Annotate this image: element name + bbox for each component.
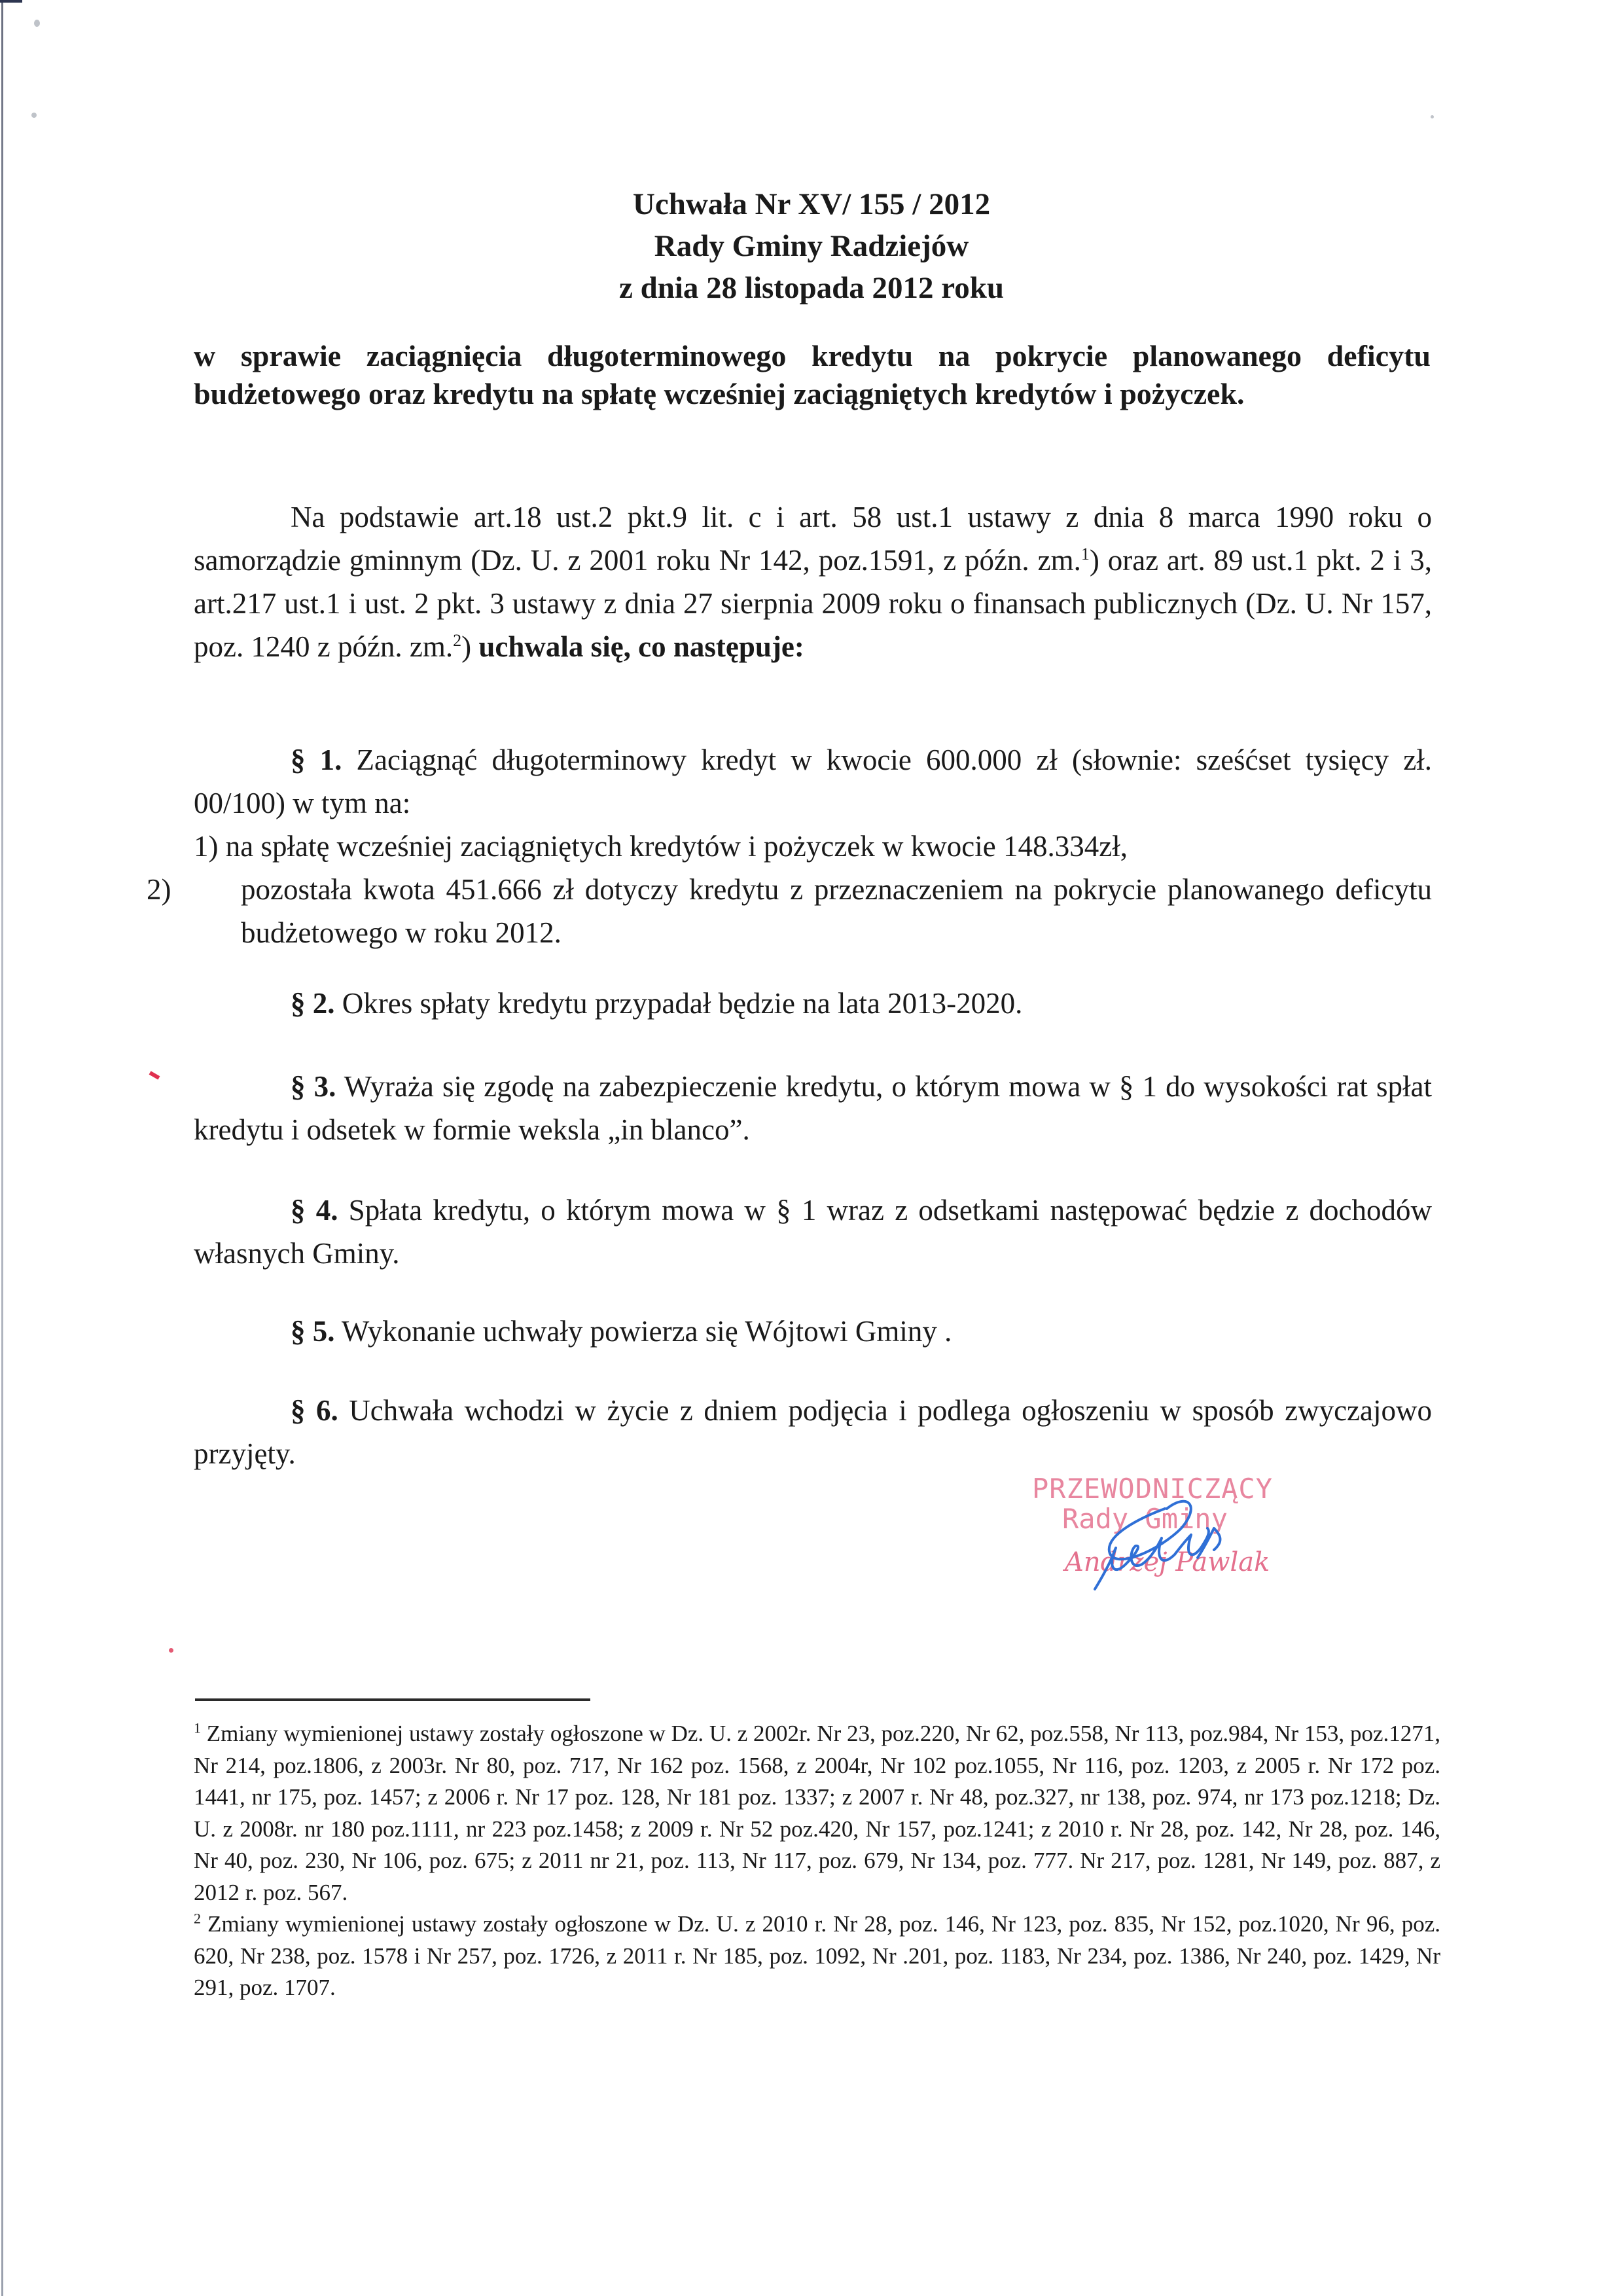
section-3: § 3. Wyraża się zgodę na zabezpieczenie … xyxy=(194,1065,1432,1151)
section-mark: § 6. xyxy=(291,1394,338,1427)
footnotes: 1 Zmiany wymienionej ustawy zostały ogło… xyxy=(194,1718,1440,2004)
footnote-text: Zmiany wymienionej ustawy zostały ogłosz… xyxy=(194,1911,1440,2000)
preamble-text-3: ) xyxy=(461,630,478,663)
section-text: Spłata kredytu, o którym mowa w § 1 wraz… xyxy=(194,1194,1432,1270)
resolution-header: Uchwała Nr XV/ 155 / 2012 Rady Gminy Rad… xyxy=(0,183,1623,309)
section-mark: § 5. xyxy=(291,1315,335,1348)
section-text: Wyraża się zgodę na zabezpieczenie kredy… xyxy=(194,1070,1432,1146)
footnote-1: 1 Zmiany wymienionej ustawy zostały ogło… xyxy=(194,1718,1440,1909)
section-mark: § 4. xyxy=(291,1194,338,1227)
section-mark: § 3. xyxy=(291,1070,336,1103)
preamble: Na podstawie art.18 ust.2 pkt.9 lit. c i… xyxy=(194,495,1432,668)
list-item: 2)pozostała kwota 451.666 zł dotyczy kre… xyxy=(194,868,1432,954)
section-text: Zaciągnąć długoterminowy kredyt w kwocie… xyxy=(194,744,1432,819)
footnote-2: 2 Zmiany wymienionej ustawy zostały ogło… xyxy=(194,1909,1440,2004)
section-6: § 6. Uchwała wchodzi w życie z dniem pod… xyxy=(194,1389,1432,1475)
section-text: Uchwała wchodzi w życie z dniem podjęcia… xyxy=(194,1394,1432,1470)
list-text: pozostała kwota 451.666 zł dotyczy kredy… xyxy=(241,873,1432,949)
footnote-number: 2 xyxy=(194,1910,201,1926)
footnote-text: Zmiany wymienionej ustawy zostały ogłosz… xyxy=(194,1721,1440,1905)
resolution-date: z dnia 28 listopada 2012 roku xyxy=(0,267,1623,309)
footnote-separator xyxy=(195,1698,590,1701)
section-mark: § 1. xyxy=(291,744,342,776)
footnote-number: 1 xyxy=(194,1719,201,1736)
section-4: § 4. Spłata kredytu, o którym mowa w § 1… xyxy=(194,1189,1432,1275)
scan-speck xyxy=(31,113,37,118)
scan-speck xyxy=(1431,115,1434,118)
preamble-closing: uchwala się, co następuje: xyxy=(478,630,804,663)
chairman-stamp: PRZEWODNICZĄCY Rady Gminy Andrzej Pawlak xyxy=(1024,1473,1319,1604)
resolution-title: Uchwała Nr XV/ 155 / 2012 xyxy=(0,183,1623,225)
section-text: Wykonanie uchwały powierza się Wójtowi G… xyxy=(335,1315,952,1348)
signature-icon xyxy=(1024,1473,1319,1604)
red-ink-mark xyxy=(149,1071,160,1079)
list-text: na spłatę wcześniej zaciągniętych kredyt… xyxy=(226,830,1128,863)
document-page: Uchwała Nr XV/ 155 / 2012 Rady Gminy Rad… xyxy=(0,0,1623,2296)
footnote-ref-1[interactable]: 1 xyxy=(1081,545,1090,564)
list-number: 2) xyxy=(194,868,241,911)
scan-corner-mark xyxy=(0,0,22,3)
resolution-issuer: Rady Gminy Radziejów xyxy=(0,225,1623,267)
section-1: § 1. Zaciągnąć długoterminowy kredyt w k… xyxy=(194,738,1432,825)
section-mark: § 2. xyxy=(291,987,335,1020)
list-number: 1) xyxy=(194,830,219,863)
section-5: § 5. Wykonanie uchwały powierza się Wójt… xyxy=(194,1310,1432,1353)
footnote-ref-2[interactable]: 2 xyxy=(453,631,461,650)
resolution-subject: w sprawie zaciągnięcia długoterminowego … xyxy=(194,337,1431,413)
ink-speck xyxy=(169,1648,173,1653)
scan-speck xyxy=(34,20,40,27)
scan-edge-shadow xyxy=(1,0,3,2296)
section-2: § 2. Okres spłaty kredytu przypadał będz… xyxy=(194,982,1432,1025)
list-item: 1) na spłatę wcześniej zaciągniętych kre… xyxy=(194,825,1432,868)
section-text: Okres spłaty kredytu przypadał będzie na… xyxy=(335,987,1023,1020)
